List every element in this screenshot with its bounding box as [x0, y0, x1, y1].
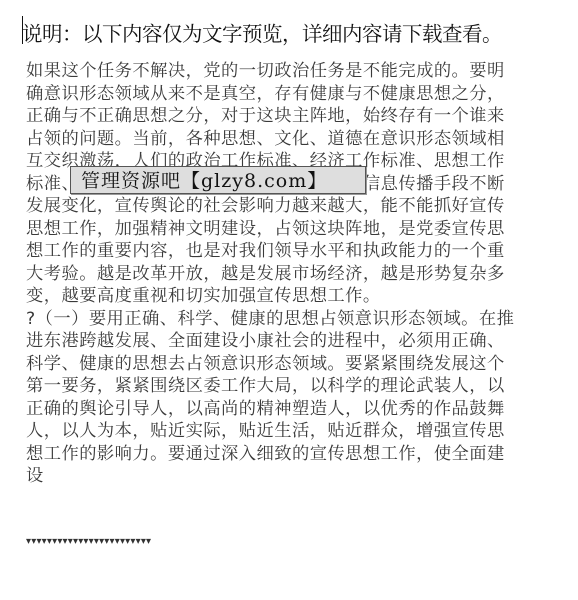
text-line: 正确与不正确思想之分，对于这块主阵地，始终存有一个谁来: [26, 105, 556, 128]
truncation-dots: ▾▾▾▾▾▾▾▾▾▾▾▾▾▾▾▾▾▾▾▾▾▾▾▾: [26, 536, 151, 547]
text-line: 大考验。越是改革开放，越是发展市场经济，越是形势复杂多: [26, 263, 556, 286]
document-body: 如果这个任务不解决，党的一切政治任务是不能完成的。要明 确意识形态领域从来不是真…: [26, 60, 556, 488]
text-line: 想工作的重要内容，也是对我们领导水平和执政能力的一个重: [26, 240, 556, 263]
text-line: 第一要务，紧紧围绕区委工作大局，以科学的理论武装人，以: [26, 375, 556, 398]
text-line: 正确的舆论引导人，以高尚的精神塑造人，以优秀的作品鼓舞: [26, 398, 556, 421]
text-line: 设: [26, 465, 556, 488]
text-line: 确意识形态领域从来不是真空，存有健康与不健康思想之分，: [26, 83, 556, 106]
text-line: 思想工作，加强精神文明建设，占领这块阵地，是党委宣传思: [26, 218, 556, 241]
text-line: 科学、健康的思想去占领意识形态领域。要紧紧围绕发展这个: [26, 353, 556, 376]
preview-notice: 说明：以下内容仅为文字预览，详细内容请下载查看。: [22, 17, 502, 47]
watermark-banner: 管理资源吧【glzy8.com】: [70, 166, 366, 194]
text-line: ?（一）要用正确、科学、健康的思想占领意识形态领域。在推: [26, 308, 556, 331]
text-line: 变，越要高度重视和切实加强宣传思想工作。: [26, 285, 556, 308]
text-line: 人，以人为本，贴近实际，贴近生活，贴近群众，增强宣传思: [26, 420, 556, 443]
text-line: 发展变化，宣传舆论的社会影响力越来越大，能不能抓好宣传: [26, 195, 556, 218]
text-line: 想工作的影响力。要通过深入细致的宣传思想工作，使全面建: [26, 443, 556, 466]
text-line: 如果这个任务不解决，党的一切政治任务是不能完成的。要明: [26, 60, 556, 83]
text-line: 占领的问题。当前，各种思想、文化、道德在意识形态领域相: [26, 128, 556, 151]
text-line: 进东港跨越发展、全面建设小康社会的进程中，必须用正确、: [26, 330, 556, 353]
